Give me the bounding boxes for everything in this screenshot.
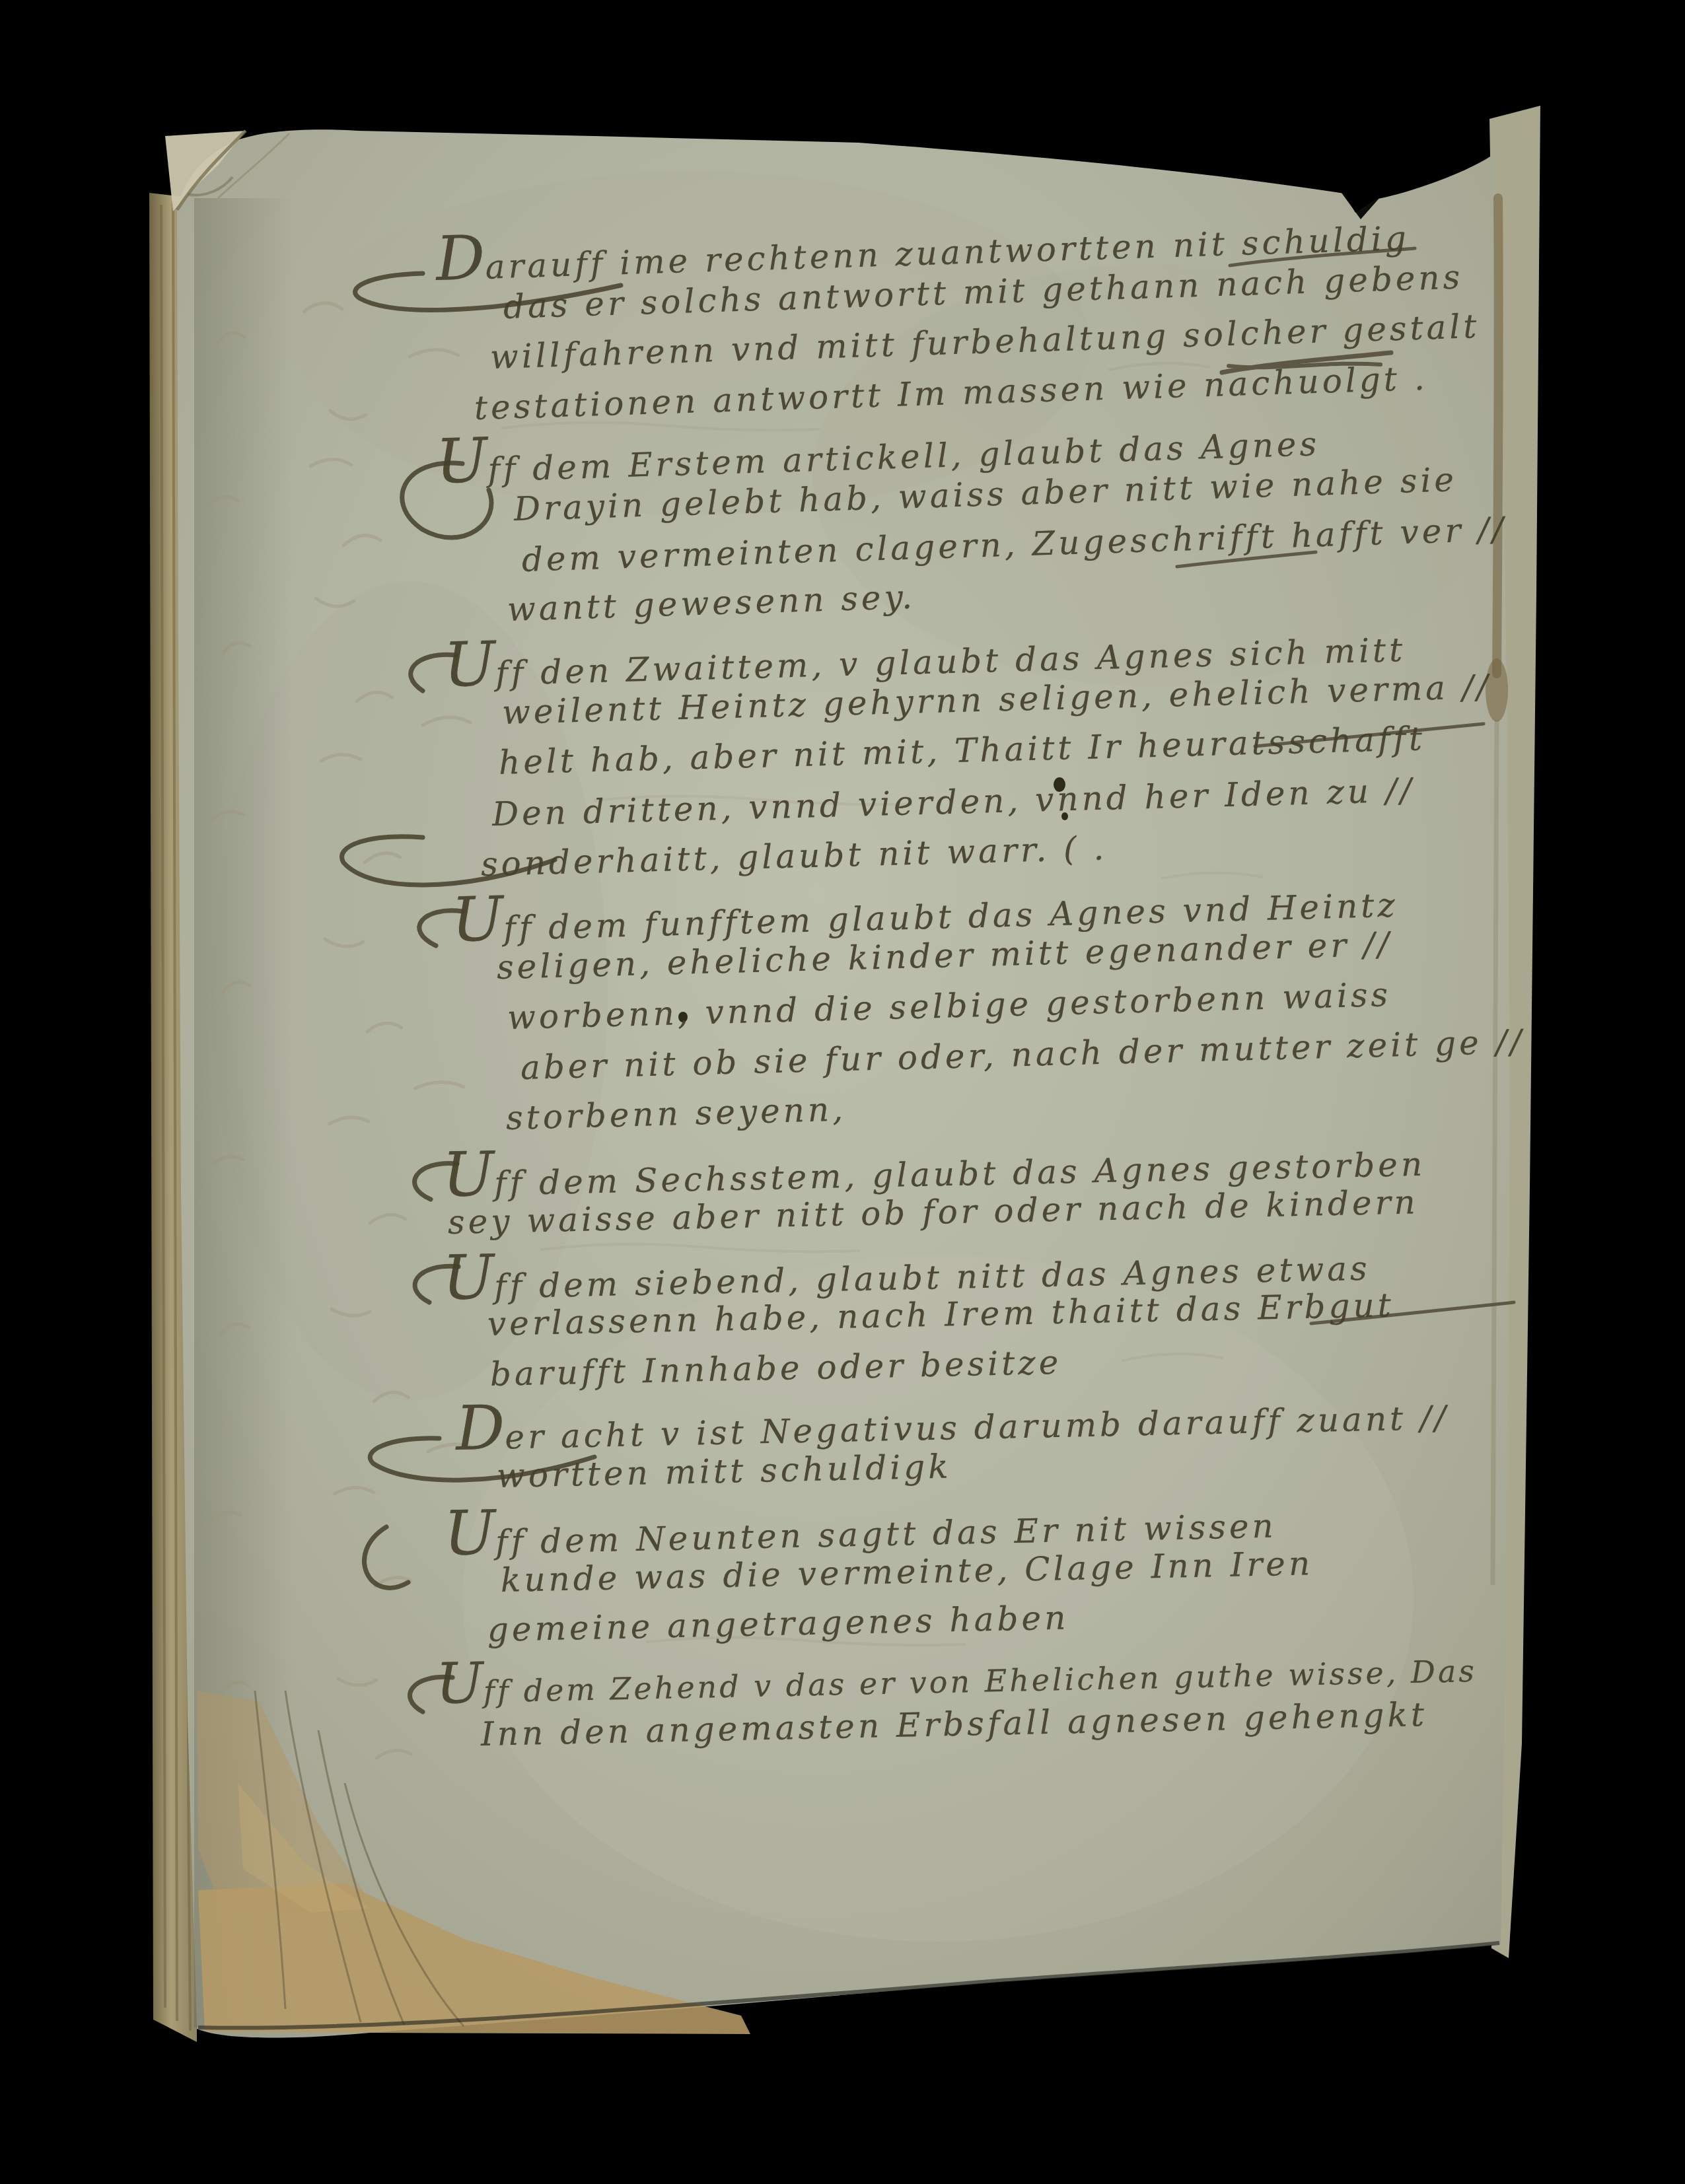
manuscript-photo: Darauff ime rechtenn zuantwortten nit sc… [0,0,1685,2184]
page-artwork [0,0,1685,2184]
